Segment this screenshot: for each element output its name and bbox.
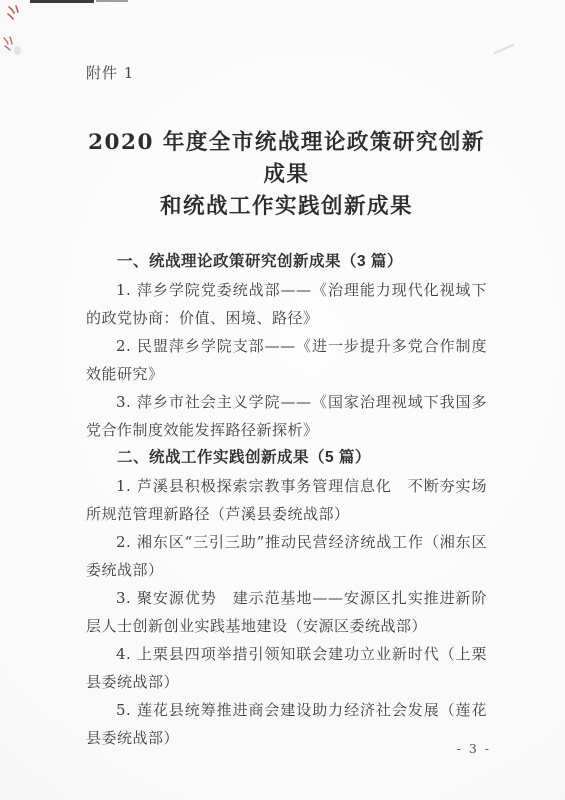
attachment-label: 附件 1 [86, 62, 487, 83]
document-content: 附件 1 2020 年度全市统战理论政策研究创新成果 和统战工作实践创新成果 一… [86, 0, 487, 752]
title-line-2: 和统战工作实践创新成果 [86, 191, 487, 223]
document-body: 一、统战理论政策研究创新成果（3 篇） 1. 萍乡学院党委统战部——《治理能力现… [86, 248, 487, 752]
list-item: 2. 民盟萍乡学院支部——《进一步提升多党合作制度效能研究》 [86, 332, 487, 388]
red-ink-mark-artifact [6, 5, 21, 20]
list-item: 2. 湘东区“三引三助”推动民营经济统战工作（湘东区委统战部） [86, 528, 487, 584]
list-item: 5. 莲花县统筹推进商会建设助力经济社会发展（莲花县委统战部） [86, 696, 487, 752]
scan-artifact-scratch [494, 44, 515, 55]
title-line-1: 2020 年度全市统战理论政策研究创新成果 [86, 127, 487, 191]
scan-artifact-top-edge-line [30, 0, 94, 3]
scanned-document-page: 附件 1 2020 年度全市统战理论政策研究创新成果 和统战工作实践创新成果 一… [0, 0, 565, 800]
document-title: 2020 年度全市统战理论政策研究创新成果 和统战工作实践创新成果 [86, 127, 487, 223]
scan-artifact-smudge [14, 46, 21, 55]
page-number: - 3 - [457, 741, 491, 756]
section-2-heading: 二、统战工作实践创新成果（5 篇） [86, 444, 487, 472]
list-item: 1. 萍乡学院党委统战部——《治理能力现代化视域下的政党协商：价值、困境、路径》 [86, 276, 487, 332]
list-item: 3. 萍乡市社会主义学院——《国家治理视域下我国多党合作制度效能发挥路径新探析》 [86, 388, 487, 444]
section-1-heading: 一、统战理论政策研究创新成果（3 篇） [86, 248, 487, 276]
list-item: 1. 芦溪县积极探索宗教事务管理信息化 不断夯实场所规范管理新路径（芦溪县委统战… [86, 472, 487, 528]
list-item: 3. 聚安源优势 建示范基地——安源区扎实推进新阶层人士创新创业实践基地建设（安… [86, 584, 487, 640]
red-ink-mark-artifact [2, 36, 15, 51]
list-item: 4. 上栗县四项举措引领知联会建功立业新时代（上栗县委统战部） [86, 640, 487, 696]
